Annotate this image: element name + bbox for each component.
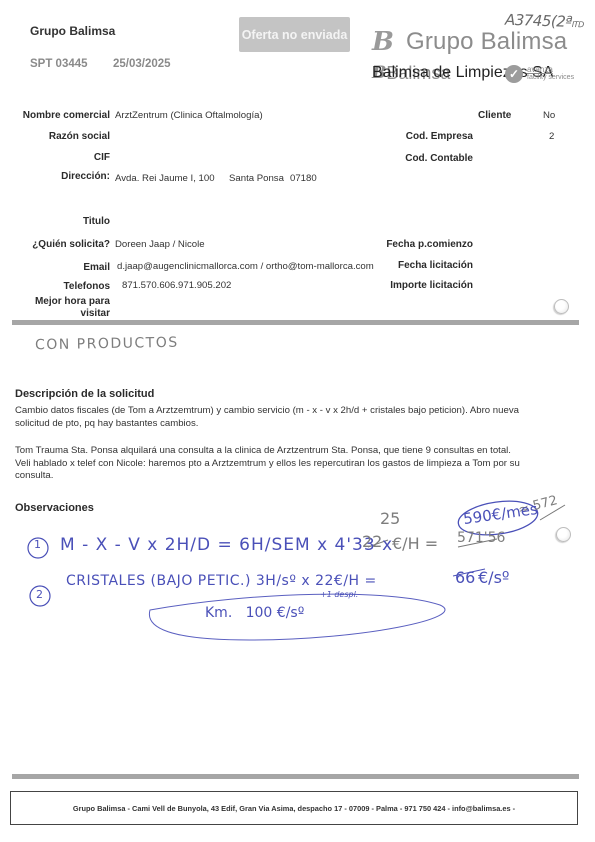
descripcion-p1-line1: Cambio datos fiscales (de Tom a Arztzemt… bbox=[15, 405, 575, 418]
quien-solicita-label: ¿Quién solicita? bbox=[0, 239, 110, 250]
mejor-hora-label-line2: visitar bbox=[0, 308, 110, 320]
hand-line1-formula: M - X - V x 2H/D = 6H/SEM x 4'33 x bbox=[60, 535, 393, 555]
direccion-city: Santa Ponsa bbox=[229, 173, 284, 184]
nombre-comercial-value: ArztZentrum (Clinica Oftalmología) bbox=[115, 110, 263, 121]
radio-button-observaciones[interactable] bbox=[556, 527, 571, 542]
fecha-comienzo-label: Fecha p.comienzo bbox=[333, 239, 473, 250]
telefonos-value: 871.570.606.971.905.202 bbox=[122, 280, 231, 291]
status-button[interactable]: Oferta no enviada bbox=[239, 17, 350, 52]
avanza-subtitle: facility services bbox=[527, 74, 574, 82]
descripcion-p1-line2: solicitud de pto, pq hay bastantes cambi… bbox=[15, 418, 575, 431]
hand-line2-struck-result: 66 bbox=[455, 568, 475, 587]
direccion-zip: 07180 bbox=[290, 173, 317, 184]
separator-bar-top bbox=[12, 320, 579, 325]
footer-address: Grupo Balimsa - Cami Vell de Bunyola, 43… bbox=[10, 791, 578, 825]
company-name: Grupo Balimsa bbox=[30, 24, 115, 38]
descripcion-paragraph-2: Tom Trauma Sta. Ponsa alquilará una cons… bbox=[15, 445, 575, 483]
cod-empresa-value: 2 bbox=[549, 131, 554, 142]
descripcion-title: Descripción de la solicitud bbox=[15, 388, 154, 400]
hand-line1-correction: 25 bbox=[380, 509, 400, 528]
balimsa-bird-icon: B bbox=[372, 29, 400, 55]
grupo-balimsa-logo: B Grupo Balimsa bbox=[372, 28, 567, 56]
descripcion-p2-line1: Tom Trauma Sta. Ponsa alquilará una cons… bbox=[15, 445, 575, 458]
radio-button-top[interactable] bbox=[554, 299, 569, 314]
nombre-comercial-label: Nombre comercial bbox=[0, 110, 110, 121]
hand-line1-text: M - X - V x 2H/D = 6H/SEM x 4'33 x bbox=[60, 535, 393, 555]
mejor-hora-label-line1: Mejor hora para bbox=[0, 296, 110, 308]
hand-line1-number: 1 bbox=[34, 538, 41, 551]
mejor-hora-label: Mejor hora para visitar bbox=[0, 296, 110, 320]
hand-line2-unit: €/sº bbox=[478, 568, 509, 587]
cliente-value: No bbox=[543, 110, 555, 121]
importe-licitacion-label: Importe licitación bbox=[333, 280, 473, 291]
razon-social-label: Razón social bbox=[0, 131, 110, 142]
handwritten-note-productos: CON PRODUCTOS bbox=[35, 335, 179, 354]
email-label: Email bbox=[0, 262, 110, 273]
descripcion-p2-line3: consulta. bbox=[15, 470, 575, 483]
descripcion-p2-line2: Veli hablado x telef con Nicole: haremos… bbox=[15, 458, 575, 471]
cif-label: CIF bbox=[0, 152, 110, 163]
hand-line2-number: 2 bbox=[36, 588, 43, 601]
fecha-licitacion-label: Fecha licitación bbox=[333, 260, 473, 271]
titulo-label: Titulo bbox=[0, 216, 110, 227]
avanza-name: avanza bbox=[527, 66, 574, 74]
descripcion-paragraph-1: Cambio datos fiscales (de Tom a Arztzemt… bbox=[15, 405, 575, 430]
hand-line3-km: Km. 100 €/sº bbox=[205, 605, 304, 621]
avanza-logo: ✓ avanza facility services bbox=[505, 65, 574, 83]
hand-line1-struck-rate: 22 bbox=[362, 532, 382, 551]
avanza-check-icon: ✓ bbox=[505, 65, 523, 83]
hand-line1-struck-result: 571'56 bbox=[457, 530, 505, 546]
request-date: 25/03/2025 bbox=[113, 58, 171, 70]
direccion-street: Avda. Rei Jaume I, 100 bbox=[115, 173, 215, 184]
hand-line3-note: +1 despl. bbox=[320, 590, 358, 599]
request-code: SPT 03445 bbox=[30, 58, 88, 70]
separator-bar-bottom bbox=[12, 774, 579, 779]
cod-contable-label: Cod. Contable bbox=[333, 153, 473, 164]
cliente-label: Cliente bbox=[478, 110, 511, 121]
handwritten-ref-small: ITD bbox=[572, 20, 584, 29]
quien-solicita-value: Doreen Jaap / Nicole bbox=[115, 239, 205, 250]
logo-main-text: Grupo Balimsa bbox=[406, 28, 567, 56]
telefonos-label: Telefonos bbox=[0, 281, 110, 292]
hand-line1-rate: €/H = bbox=[392, 534, 438, 553]
direccion-label: Dirección: bbox=[0, 171, 110, 182]
cod-empresa-label: Cod. Empresa bbox=[333, 131, 473, 142]
hand-line2-formula: CRISTALES (BAJO PETIC.) 3H/sº x 22€/H = bbox=[66, 573, 377, 589]
